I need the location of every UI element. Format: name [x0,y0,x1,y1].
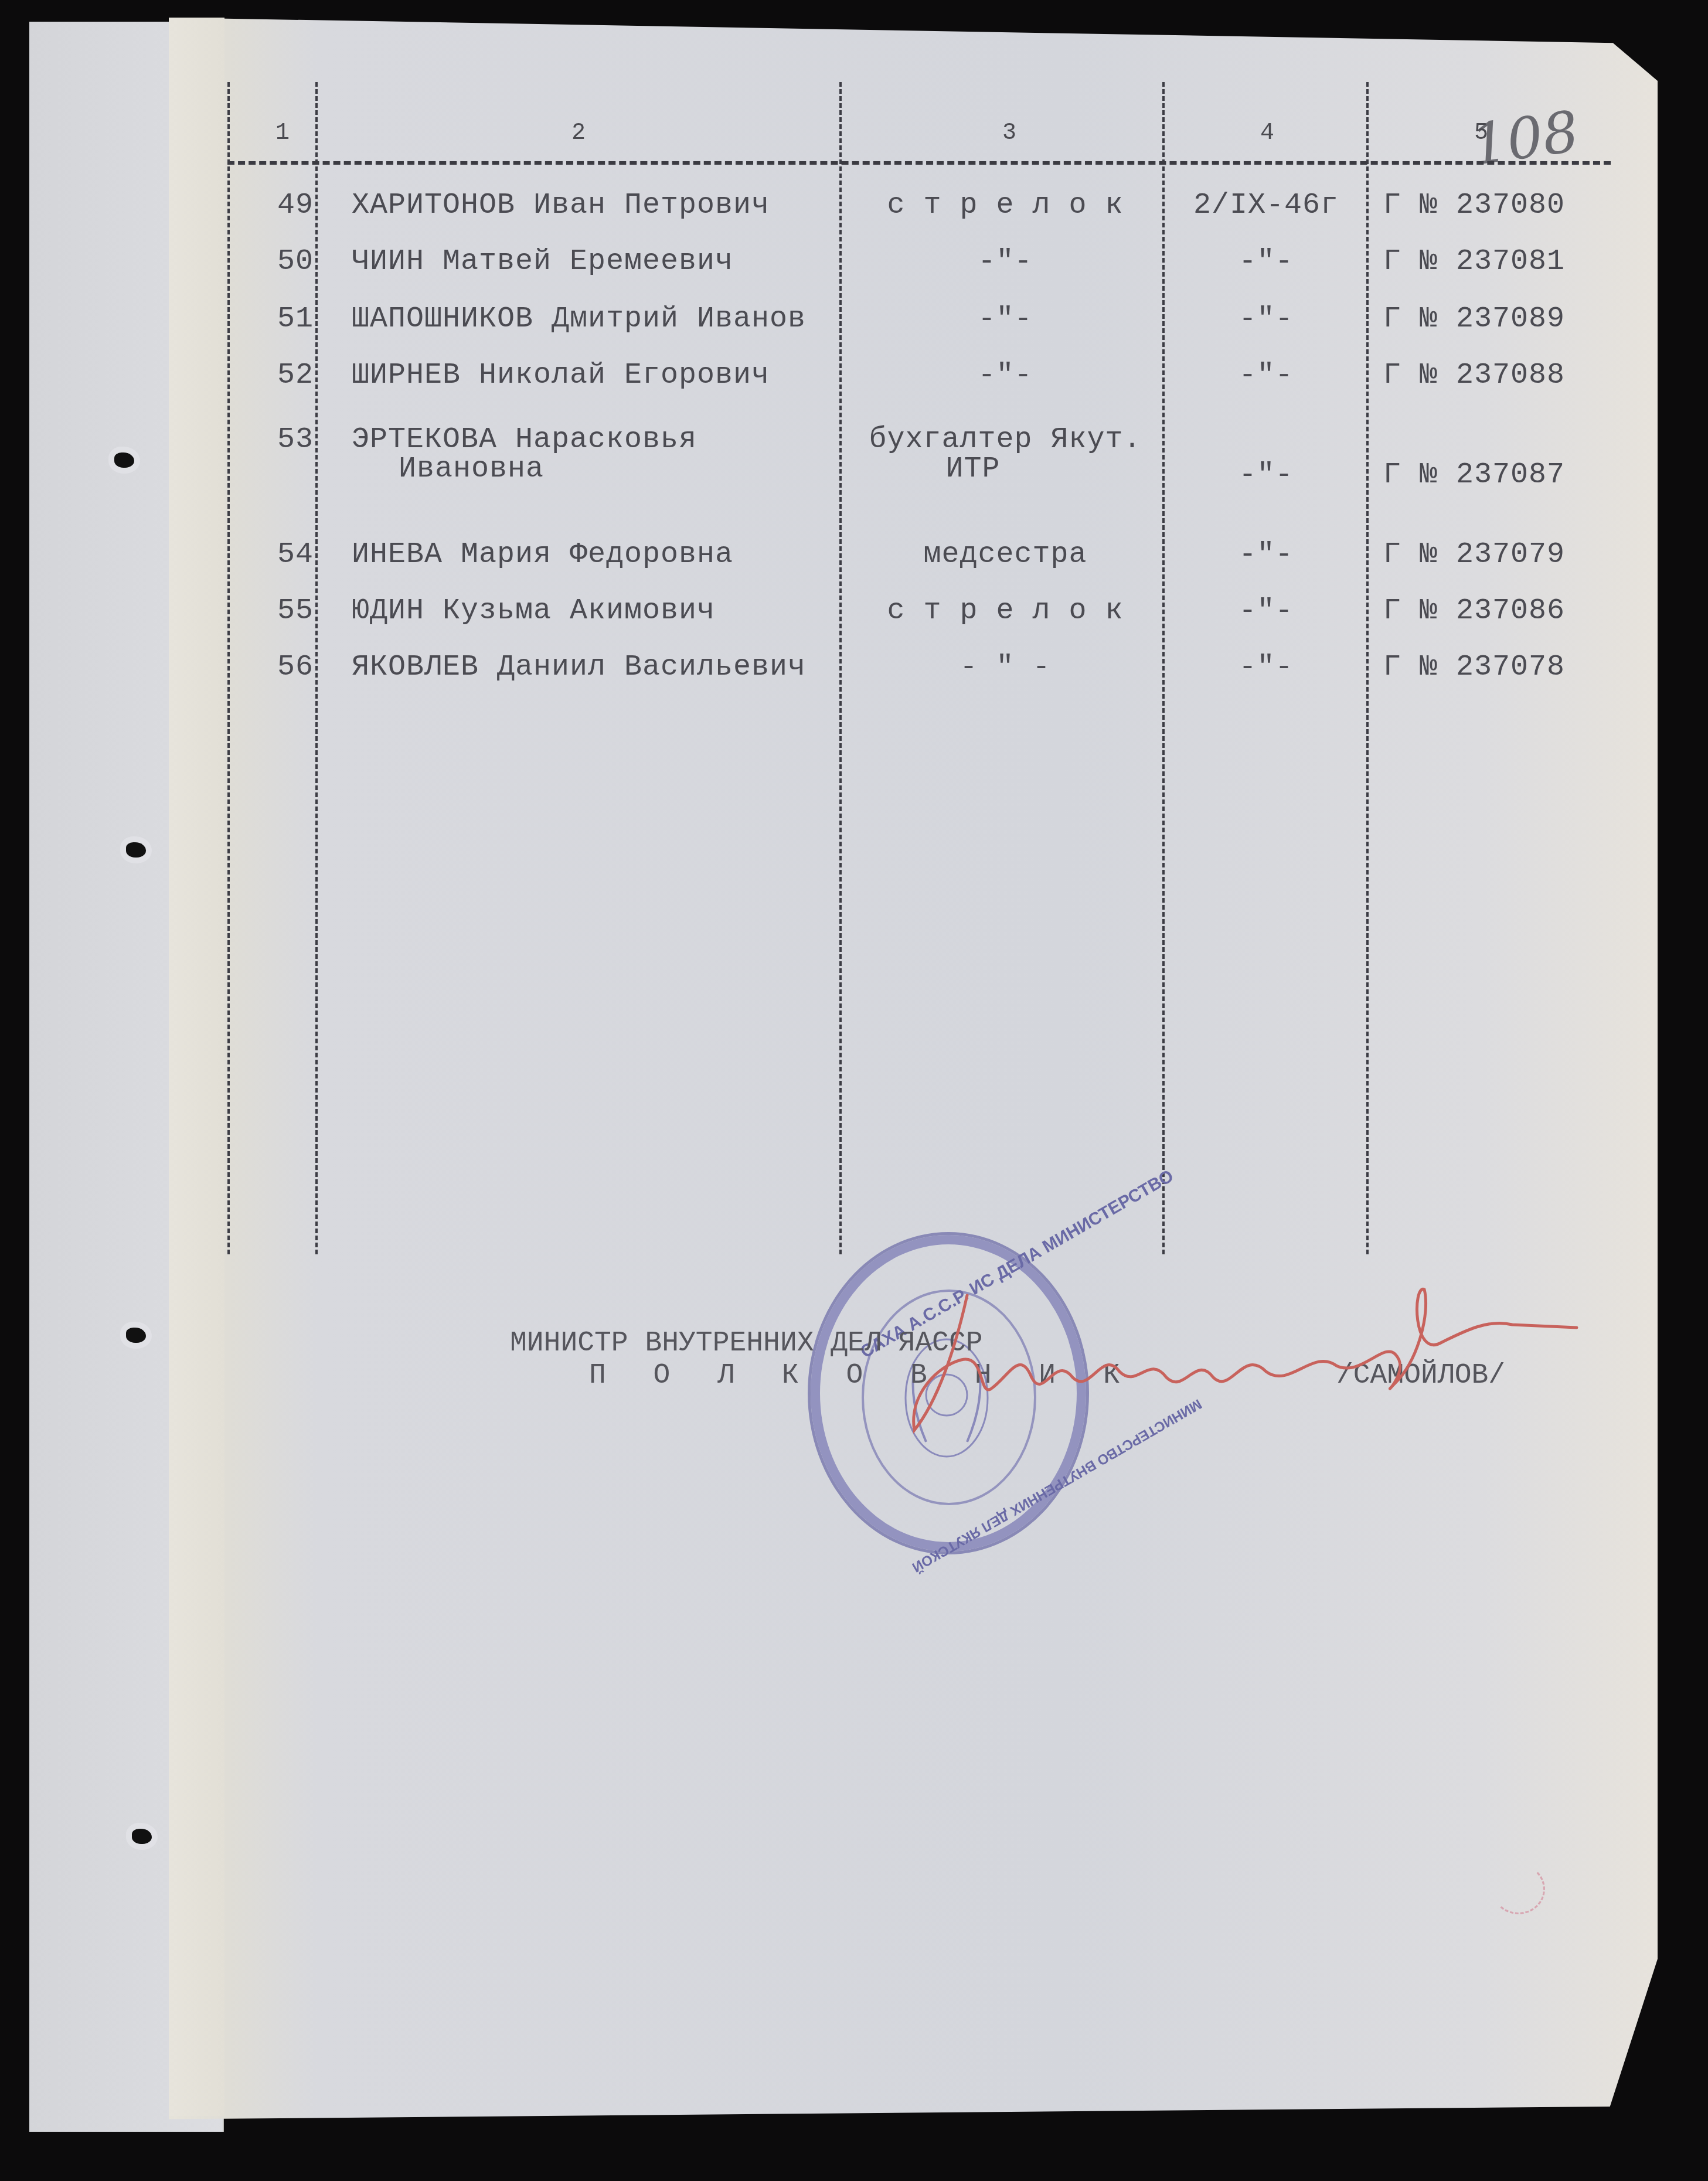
row-number: 55 [261,594,314,628]
certificate-number: Г № 237078 [1383,651,1565,684]
row-number: 54 [261,538,314,571]
position: -"- [847,245,1163,278]
full-name: ЯКОВЛЕВ Даниил Васильевич [352,651,806,684]
full-name: ЧИИН Матвей Еремеевич [352,245,733,278]
certificate-number: Г № 237088 [1383,359,1565,392]
row-number: 53 [261,423,314,457]
table-row: 50 ЧИИН Матвей Еремеевич -"- -"- Г № 237… [0,245,1708,298]
table-row: 53 ЭРТЕКОВА Нарасковья Ивановна бухгалте… [0,423,1708,511]
award-date: -"- [1166,302,1366,336]
position: бухгалтер Якут. [847,423,1163,457]
table-row: 52 ШИРНЕВ Николай Егорович -"- -"- Г № 2… [0,359,1708,411]
certificate-number: Г № 237087 [1383,458,1565,492]
position-line2: ИТР [815,452,1131,486]
award-date: -"- [1166,538,1366,571]
certificate-number: Г № 237081 [1383,245,1565,278]
position: -"- [847,302,1163,336]
award-date: -"- [1166,594,1366,628]
column-header-2: 2 [571,120,586,147]
certificate-number: Г № 237086 [1383,594,1565,628]
column-header-3: 3 [1002,120,1016,147]
position: - " - [847,651,1163,684]
full-name: ИНЕВА Мария Федоровна [352,538,733,571]
row-number: 50 [261,245,314,278]
punch-hole [126,1328,146,1343]
full-name: ШАПОШНИКОВ Дмитрий Иванов [352,302,806,336]
table-row: 54 ИНЕВА Мария Федоровна медсестра -"- Г… [0,538,1708,591]
full-name-line2: Ивановна [399,452,544,486]
table-row: 51 ШАПОШНИКОВ Дмитрий Иванов -"- -"- Г №… [0,302,1708,355]
full-name: ЭРТЕКОВА Нарасковья [352,423,697,457]
full-name: ХАРИТОНОВ Иван Петрович [352,189,770,222]
position: -"- [847,359,1163,392]
column-header-1: 1 [275,120,290,147]
certificate-number: Г № 237089 [1383,302,1565,336]
award-date: 2/IX-46г [1166,189,1366,222]
position: медсестра [847,538,1163,571]
award-date: -"- [1166,651,1366,684]
position: с т р е л о к [847,594,1163,628]
certificate-number: Г № 237080 [1383,189,1565,222]
table-row: 56 ЯКОВЛЕВ Даниил Васильевич - " - -"- Г… [0,651,1708,703]
handwritten-signature [867,1278,1594,1442]
position: с т р е л о к [847,189,1163,222]
faint-red-mark [1492,1864,1545,1914]
row-number: 56 [261,651,314,684]
punch-hole [126,842,146,858]
full-name: ШИРНЕВ Николай Егорович [352,359,770,392]
row-number: 52 [261,359,314,392]
row-number: 51 [261,302,314,336]
table-row: 55 ЮДИН Кузьма Акимович с т р е л о к -"… [0,594,1708,647]
punch-hole [132,1829,152,1844]
row-number: 49 [261,189,314,222]
award-date: -"- [1166,458,1366,492]
certificate-number: Г № 237079 [1383,538,1565,571]
award-date: -"- [1166,245,1366,278]
table-row: 49 ХАРИТОНОВ Иван Петрович с т р е л о к… [0,189,1708,241]
full-name: ЮДИН Кузьма Акимович [352,594,715,628]
column-header-4: 4 [1260,120,1274,147]
header-rule [227,161,1611,165]
column-header-5: 5 [1474,120,1488,147]
award-date: -"- [1166,359,1366,392]
